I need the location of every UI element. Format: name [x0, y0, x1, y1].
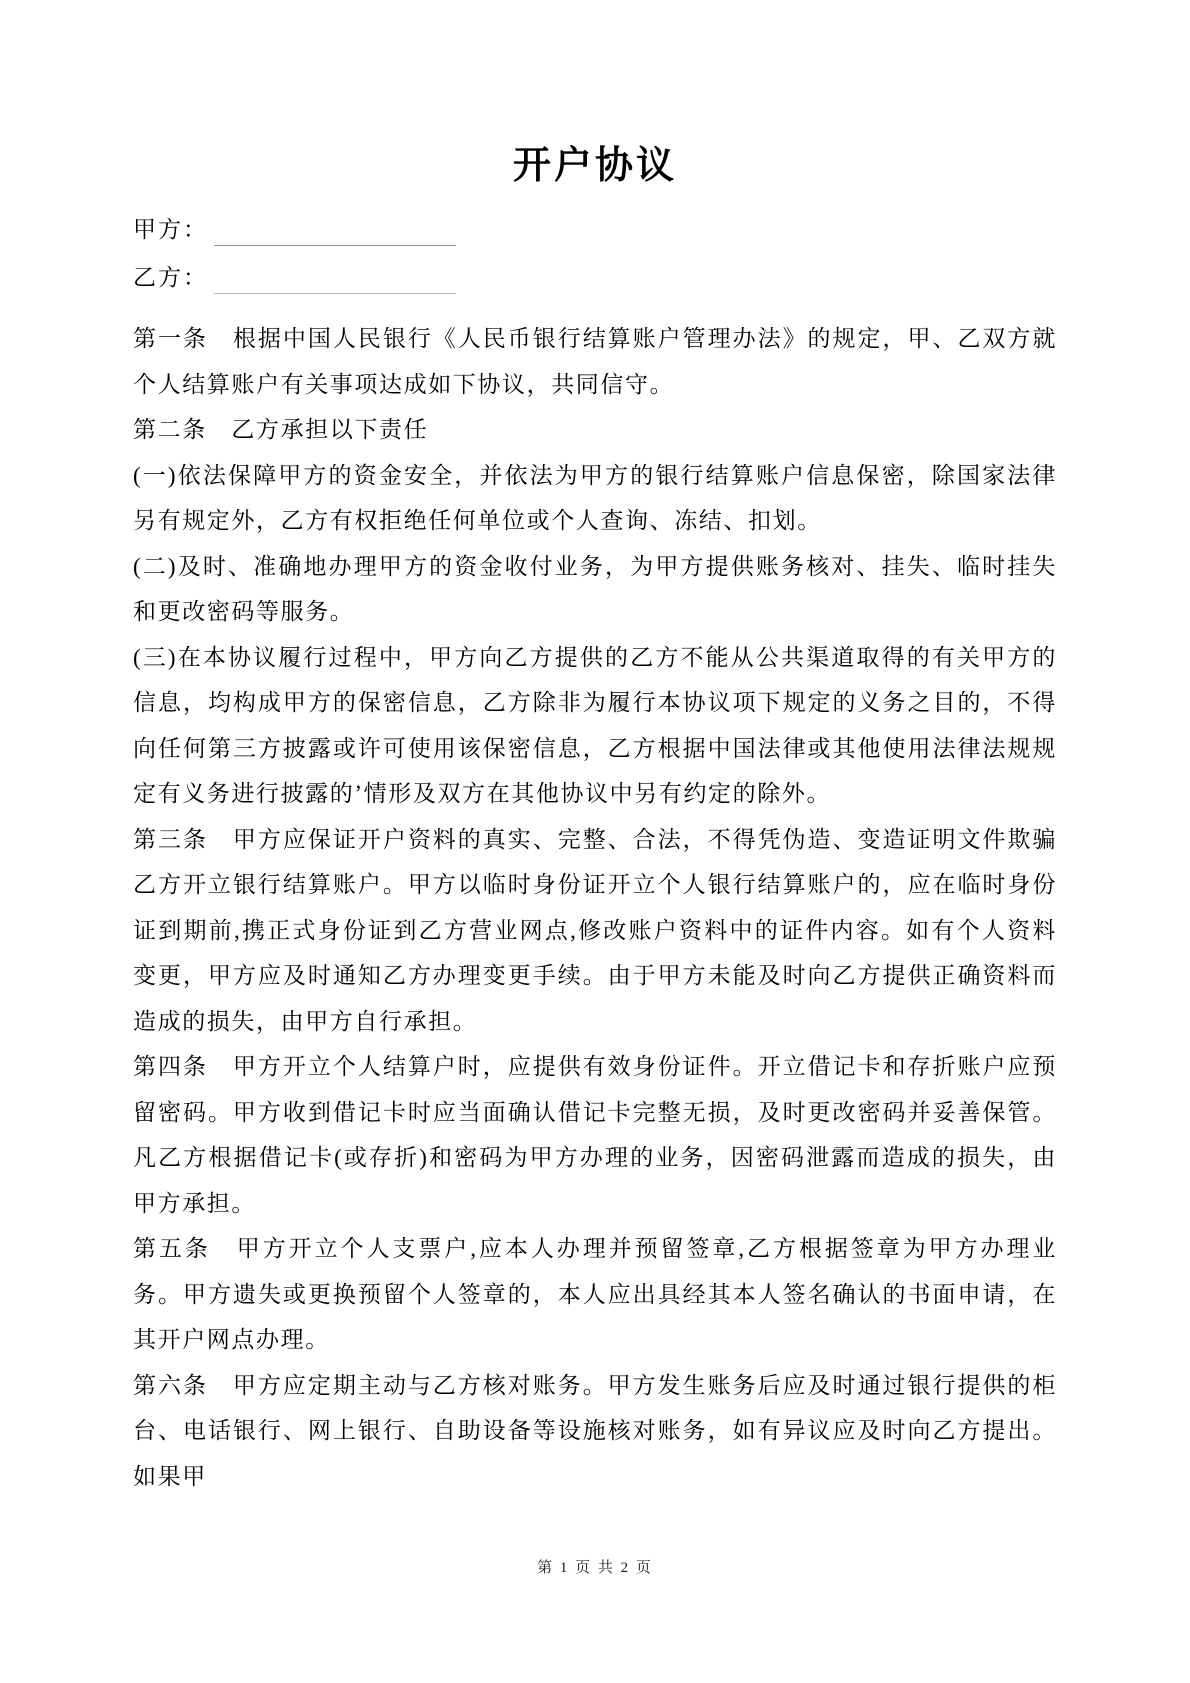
document-page: 开户协议 甲方： 乙方： 第一条 根据中国人民银行《人民币银行结算账户管理办法》…: [0, 0, 1190, 1683]
party-b-label: 乙方：: [133, 259, 208, 294]
party-block: 甲方： 乙方：: [133, 198, 456, 294]
paragraph: 第五条 甲方开立个人支票户,应本人办理并预留签章,乙方根据签章为甲方办理业务。甲…: [133, 1226, 1057, 1363]
paragraph: (二)及时、准确地办理甲方的资金收付业务，为甲方提供账务核对、挂失、临时挂失和更…: [133, 544, 1057, 635]
paragraph: 第六条 甲方应定期主动与乙方核对账务。甲方发生账务后应及时通过银行提供的柜台、电…: [133, 1363, 1057, 1500]
paragraph: (三)在本协议履行过程中，甲方向乙方提供的乙方不能从公共渠道取得的有关甲方的信息…: [133, 635, 1057, 817]
page-indicator: 第 1 页 共 2 页: [537, 1560, 653, 1576]
paragraph: (一)依法保障甲方的资金安全，并依法为甲方的银行结算账户信息保密，除国家法律另有…: [133, 453, 1057, 544]
party-b-blank-field: [214, 269, 456, 294]
paragraph: 第四条 甲方开立个人结算户时，应提供有效身份证件。开立借记卡和存折账户应预留密码…: [133, 1044, 1057, 1226]
document-body: 第一条 根据中国人民银行《人民币银行结算账户管理办法》的规定，甲、乙双方就个人结…: [133, 316, 1057, 1499]
party-a-label: 甲方：: [133, 211, 208, 246]
party-b-row: 乙方：: [133, 246, 456, 294]
paragraph: 第二条 乙方承担以下责任: [133, 407, 1057, 453]
document-title: 开户协议: [0, 134, 1190, 189]
paragraph: 第三条 甲方应保证开户资料的真实、完整、合法，不得凭伪造、变造证明文件欺骗乙方开…: [133, 817, 1057, 1045]
paragraph: 第一条 根据中国人民银行《人民币银行结算账户管理办法》的规定，甲、乙双方就个人结…: [133, 316, 1057, 407]
party-a-row: 甲方：: [133, 198, 456, 246]
page-footer: 第 1 页 共 2 页: [0, 1556, 1190, 1577]
party-a-blank-field: [214, 221, 456, 246]
